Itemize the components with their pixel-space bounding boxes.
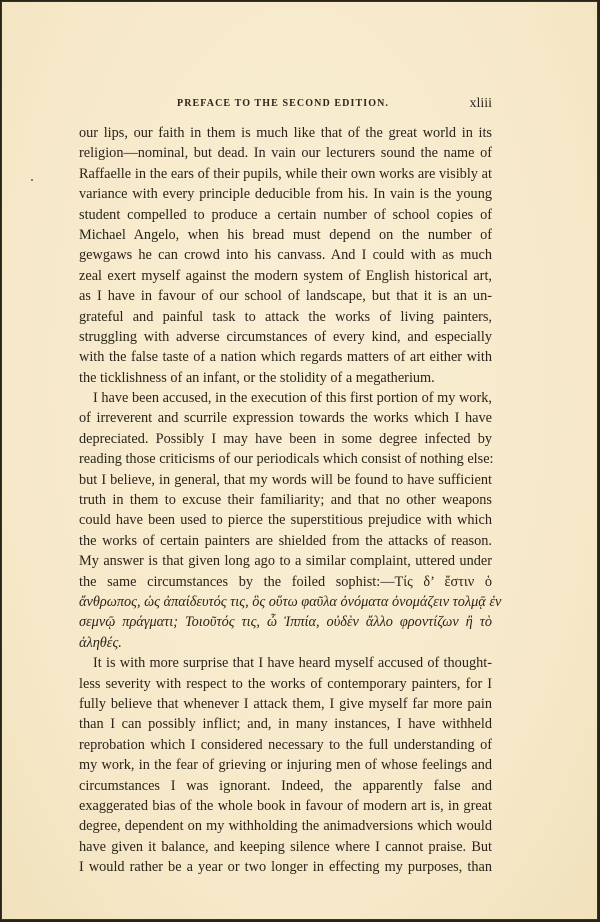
text-line: religion—nominal, but dead. In vain our … [79,143,492,163]
text-line: than I can possibly inflict; and, in man… [79,714,492,734]
text-line: It is with more surprise that I have hea… [79,653,492,673]
greek-quotation-line: σεμνῷ πράγματι; Τοιοῦτός τις, ὦ Ἱππία, ο… [79,612,492,632]
text-line: circumstances I was ignorant. Indeed, th… [79,776,492,796]
text-line: gewgaws he can crowd into his canvass. A… [79,245,492,265]
text-line: Michael Angelo, when his bread must depe… [79,225,492,245]
text-line: the ticklishness of an infant, or the st… [79,368,492,388]
text-line: struggling with adverse circumstances of… [79,327,492,347]
text-line: the works of certain painters are shield… [79,531,492,551]
running-title: PREFACE TO THE SECOND EDITION. [177,98,389,109]
paper-blemish [31,179,33,181]
text-line: as I have in favour of our school of lan… [79,286,492,306]
text-line: variance with every principle deducible … [79,184,492,204]
greek-quotation-line: ἀληθές. [79,633,492,653]
text-line: our lips, our faith in them is much like… [79,123,492,143]
text-line: my work, in the fear of grieving or inju… [79,755,492,775]
text-line: could have been used to pierce the super… [79,510,492,530]
book-page: PREFACE TO THE SECOND EDITION. xliii our… [1,1,598,920]
text-line: the same circumstances by the foiled sop… [79,572,492,592]
text-line: student compelled to produce a certain n… [79,205,492,225]
text-line: Raffaelle in the ears of their pupils, w… [79,164,492,184]
paragraph-2: I have been accused, in the execution of… [79,388,492,653]
greek-quotation-line: ἄνθρωπος, ὡς ἀπαίδευτός τις, ὃς οὕτω φαῦ… [79,592,492,612]
text-line: of irreverent and scurrile expression to… [79,408,492,428]
text-line: fully believe that whenever I attack the… [79,694,492,714]
text-line: less severity with respect to the works … [79,674,492,694]
text-line: zeal exert myself against the modern sys… [79,266,492,286]
text-line: My answer is that given long ago to a si… [79,551,492,571]
text-line: truth in them to excuse their familiarit… [79,490,492,510]
text-line: grateful and painful task to attack the … [79,307,492,327]
text-line: reprobation which I considered necessary… [79,735,492,755]
paragraph-1: our lips, our faith in them is much like… [79,123,492,388]
text-line: I have been accused, in the execution of… [79,388,492,408]
body-text: our lips, our faith in them is much like… [79,123,492,877]
text-line: exaggerated bias of the whole book in fa… [79,796,492,816]
page-number: xliii [469,96,492,112]
text-line: reading those criticisms of our periodic… [79,449,492,469]
text-line: but I believe, in general, that my words… [79,470,492,490]
paragraph-3: It is with more surprise that I have hea… [79,653,492,877]
text-line: depreciated. Possibly I may have been in… [79,429,492,449]
text-line: I would rather be a year or two longer i… [79,857,492,877]
text-line: degree, dependent on my withholding the … [79,816,492,836]
text-line: have given it balance, and keeping silen… [79,837,492,857]
text-line: with the false taste of a nation which r… [79,347,492,367]
